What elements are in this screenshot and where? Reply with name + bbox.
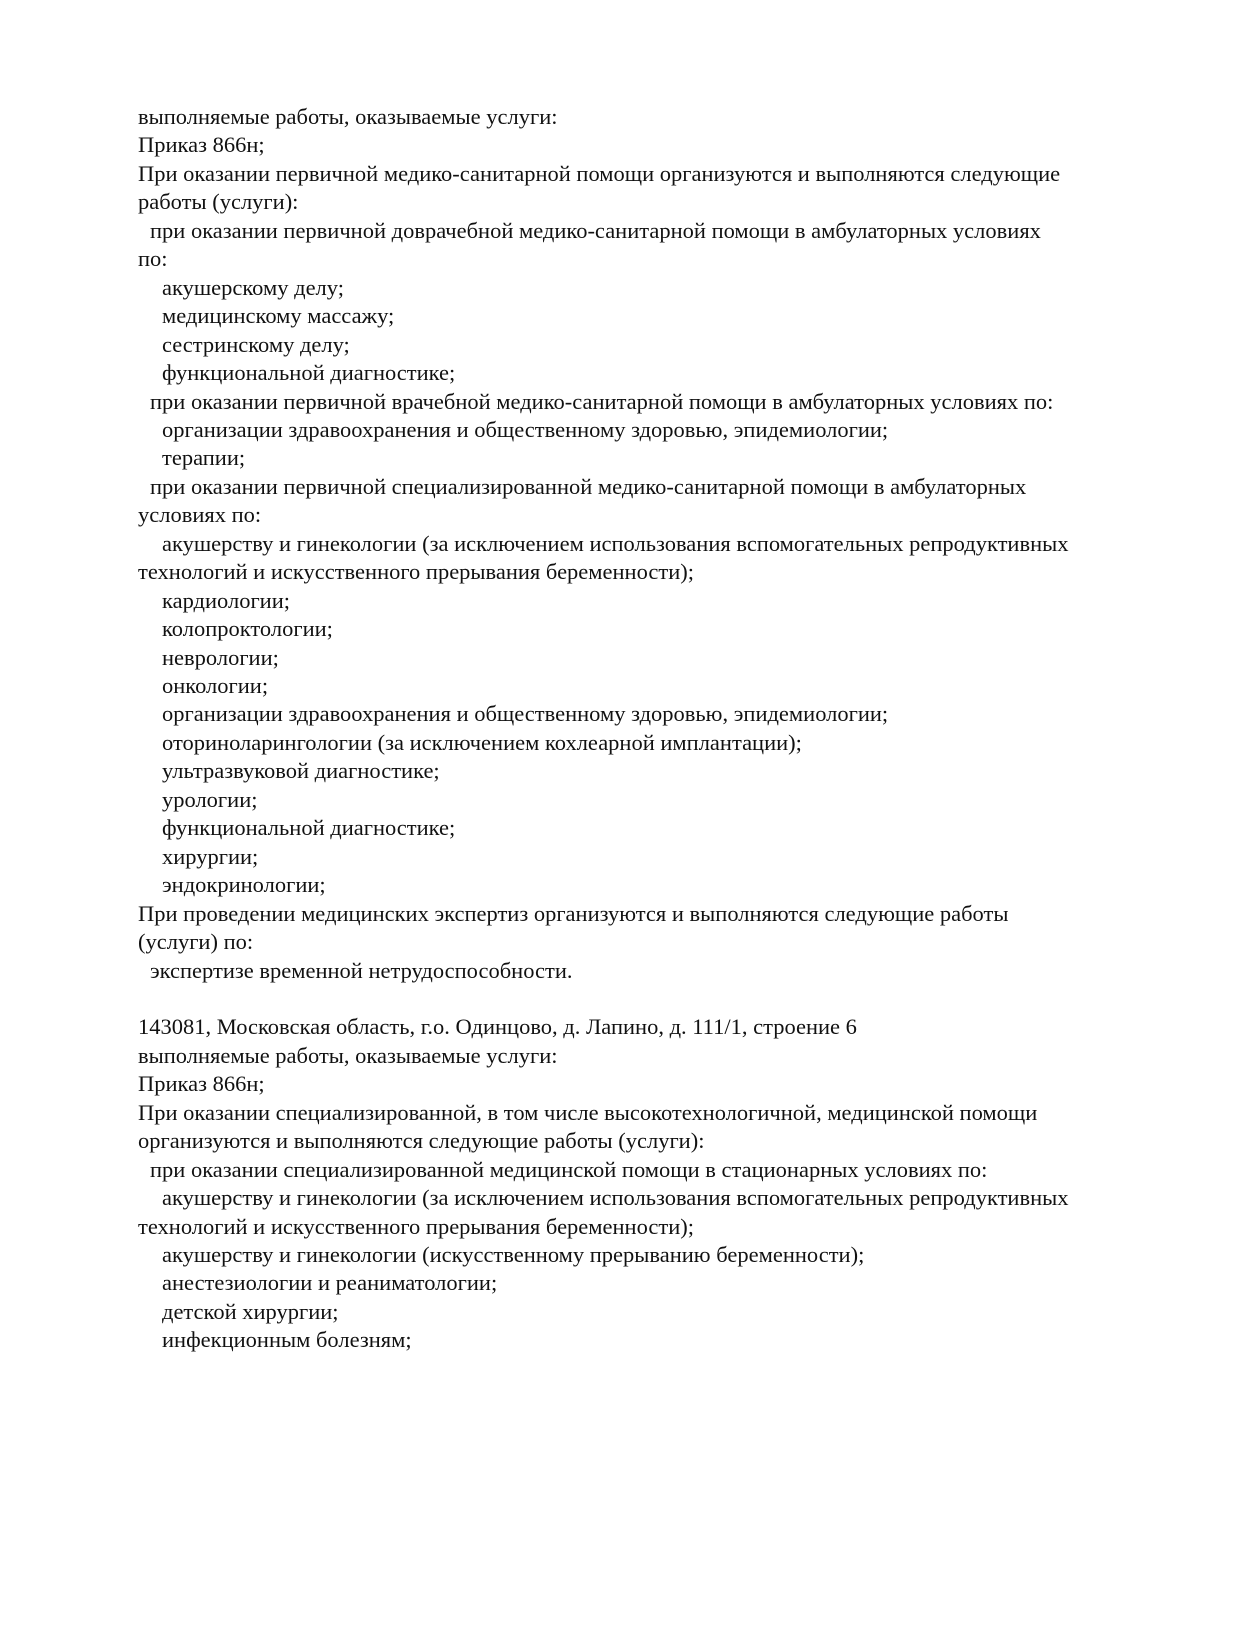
document-line: организации здравоохранения и общественн… xyxy=(162,416,888,444)
document-line: (услуги) по: xyxy=(138,928,253,956)
document-line: ультразвуковой диагностике; xyxy=(162,757,440,785)
document-line: при оказании первичной специализированно… xyxy=(150,473,1026,501)
document-line: инфекционным болезням; xyxy=(162,1326,412,1354)
document-line: При проведении медицинских экспертиз орг… xyxy=(138,900,1008,928)
document-line: технологий и искусственного прерывания б… xyxy=(138,558,694,586)
document-line: терапии; xyxy=(162,444,245,472)
document-line: организуются и выполняются следующие раб… xyxy=(138,1127,704,1155)
document-line: выполняемые работы, оказываемые услуги: xyxy=(138,103,557,131)
document-line: колопроктологии; xyxy=(162,615,333,643)
document-line: акушерству и гинекологии (за исключением… xyxy=(162,530,1069,558)
document-line: оториноларингологии (за исключением кохл… xyxy=(162,729,802,757)
document-line: акушерству и гинекологии (искусственному… xyxy=(162,1241,864,1269)
document-line: медицинскому массажу; xyxy=(162,302,394,330)
document-line: акушерству и гинекологии (за исключением… xyxy=(162,1184,1069,1212)
document-line: Приказ 866н; xyxy=(138,131,265,159)
document-line: технологий и искусственного прерывания б… xyxy=(138,1213,694,1241)
document-line: урологии; xyxy=(162,786,258,814)
document-line: условиях по: xyxy=(138,501,261,529)
document-line: онкологии; xyxy=(162,672,268,700)
document-line: выполняемые работы, оказываемые услуги: xyxy=(138,1042,557,1070)
document-line: эндокринологии; xyxy=(162,871,326,899)
document-line: кардиологии; xyxy=(162,587,290,615)
document-line: функциональной диагностике; xyxy=(162,359,455,387)
document-line: по: xyxy=(138,245,168,273)
document-line: акушерскому делу; xyxy=(162,274,344,302)
document-line: при оказании специализированной медицинс… xyxy=(150,1156,987,1184)
document-line: 143081, Московская область, г.о. Одинцов… xyxy=(138,1013,857,1041)
document-line: работы (услуги): xyxy=(138,188,298,216)
document-line: При оказании специализированной, в том ч… xyxy=(138,1099,1037,1127)
document-line: При оказании первичной медико-санитарной… xyxy=(138,160,1060,188)
document-line: детской хирургии; xyxy=(162,1298,339,1326)
document-line: неврологии; xyxy=(162,644,279,672)
document-line: Приказ 866н; xyxy=(138,1070,265,1098)
document-line: хирургии; xyxy=(162,843,258,871)
document-line: при оказании первичной доврачебной медик… xyxy=(150,217,1041,245)
document-line: сестринскому делу; xyxy=(162,331,350,359)
document-line: экспертизе временной нетрудоспособности. xyxy=(150,957,573,985)
document-page: выполняемые работы, оказываемые услуги:П… xyxy=(0,0,1240,1650)
document-line: анестезиологии и реаниматологии; xyxy=(162,1269,497,1297)
document-line: при оказании первичной врачебной медико-… xyxy=(150,388,1053,416)
document-line: организации здравоохранения и общественн… xyxy=(162,700,888,728)
document-line: функциональной диагностике; xyxy=(162,814,455,842)
